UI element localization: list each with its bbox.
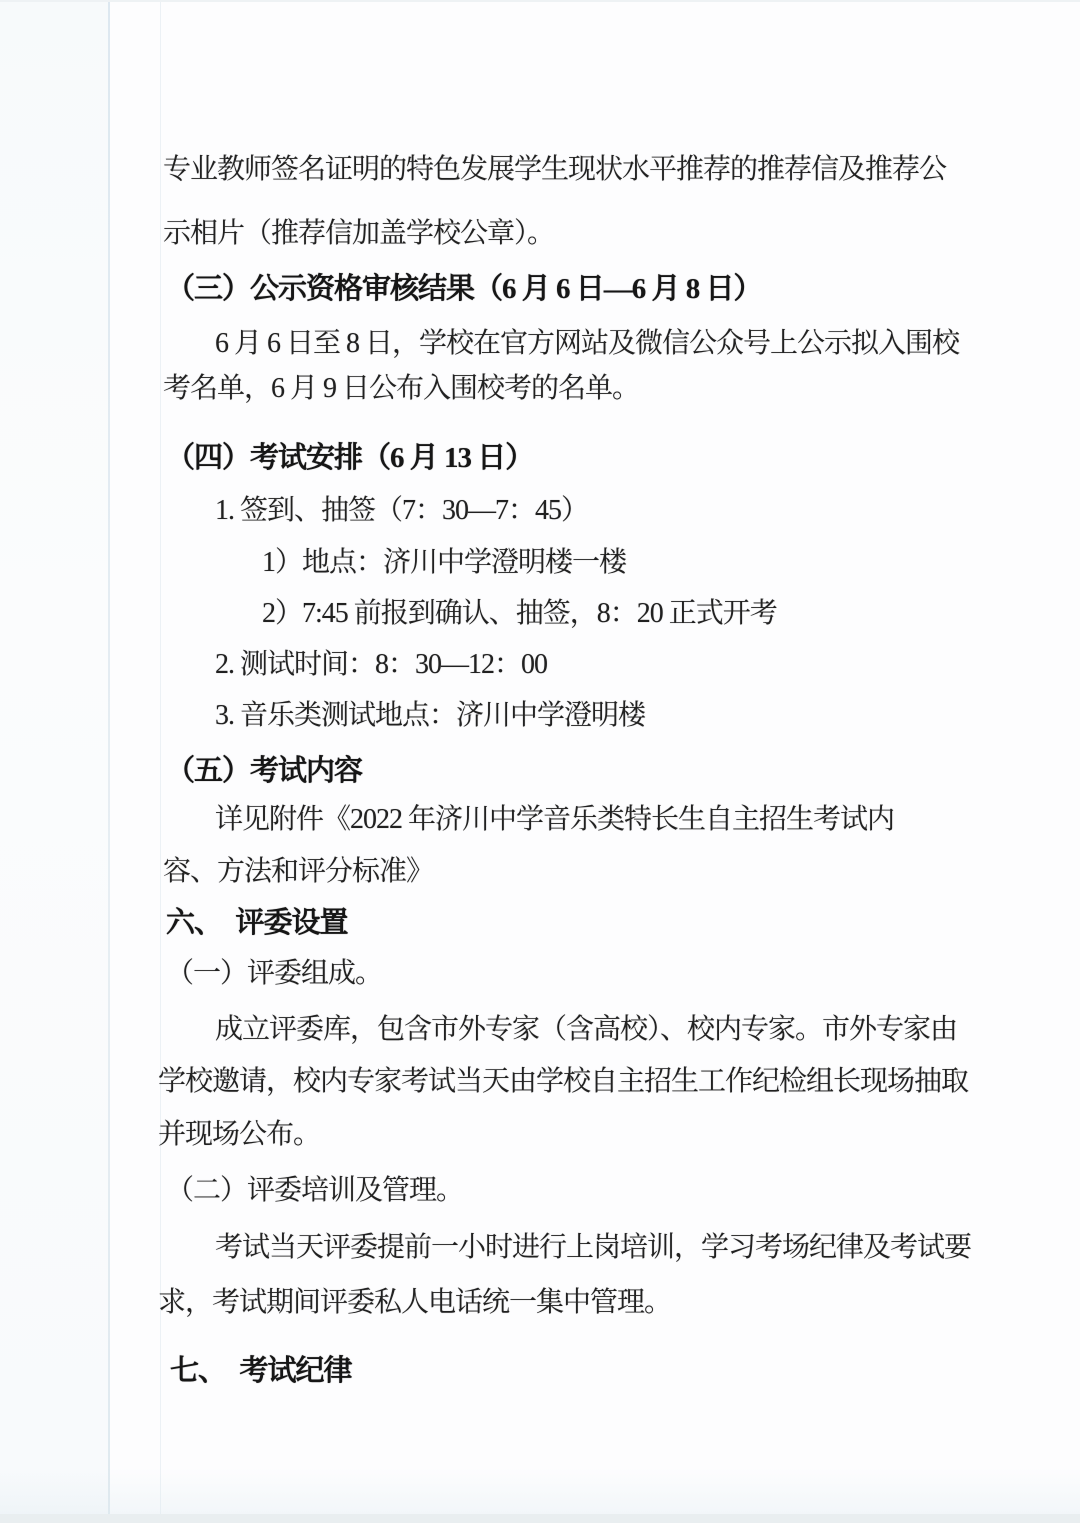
- list-item-signin-draw: 1. 签到、抽签（7：30—7：45）: [215, 494, 588, 528]
- paragraph-recommendation-line-1: 专业教师签名证明的特色发展学生现状水平推荐的推荐信及推荐公: [163, 153, 946, 187]
- page-fold-line: [108, 0, 110, 1523]
- paragraph-judges-line-2: 学校邀请，校内专家考试当天由学校自主招生工作纪检组长现场抽取: [158, 1065, 968, 1099]
- paragraph-publicity-line-2: 考名单，6 月 9 日公布入围校考的名单。: [163, 372, 639, 406]
- paragraph-judges-line-1: 成立评委库，包含市外专家（含高校）、校内专家。市外专家由: [215, 1013, 957, 1047]
- list-item-test-location: 3. 音乐类测试地点：济川中学澄明楼: [215, 699, 645, 733]
- page-bottom-edge: [0, 1514, 1080, 1523]
- list-item-test-time: 2. 测试时间：8：30—12：00: [215, 648, 547, 682]
- paragraph-publicity-line-1: 6 月 6 日至 8 日，学校在官方网站及微信公众号上公示拟入围校: [215, 327, 959, 361]
- sublist-item-confirm-start: 2）7:45 前报到确认、抽签，8：20 正式开考: [262, 597, 777, 631]
- sublist-item-location: 1）地点：济川中学澄明楼一楼: [262, 546, 626, 580]
- page-top-edge: [0, 0, 1080, 2]
- page-left-edge-strip: [0, 0, 108, 1523]
- heading-exam-content: （五）考试内容: [166, 754, 362, 788]
- page-bottom-haze: [0, 1468, 1080, 1514]
- paragraph-training-line-1: 考试当天评委提前一小时进行上岗培训，学习考场纪律及考试要: [215, 1231, 971, 1265]
- paragraph-training-line-2: 求，考试期间评委私人电话统一集中管理。: [158, 1286, 671, 1320]
- heading-judges-setup: 六、 评委设置: [166, 906, 348, 940]
- subheading-judges-composition: （一）评委组成。: [166, 957, 382, 991]
- heading-publicity-result: （三）公示资格审核结果（6 月 6 日—6 月 8 日）: [166, 272, 762, 306]
- paragraph-recommendation-line-2: 示相片（推荐信加盖学校公章）。: [163, 217, 554, 251]
- paragraph-judges-line-3: 并现场公布。: [158, 1118, 320, 1152]
- heading-exam-discipline: 七、 考试纪律: [170, 1354, 352, 1388]
- heading-exam-schedule: （四）考试安排（6 月 13 日）: [166, 441, 533, 475]
- subheading-judges-training: （二）评委培训及管理。: [166, 1174, 463, 1208]
- paragraph-exam-content-line-1: 详见附件《2022 年济川中学音乐类特长生自主招生考试内: [215, 803, 894, 837]
- scanned-document-page: { "page": { "background": "#fdfdfe", "te…: [0, 0, 1080, 1523]
- paragraph-exam-content-line-2: 容、方法和评分标准》: [163, 855, 433, 889]
